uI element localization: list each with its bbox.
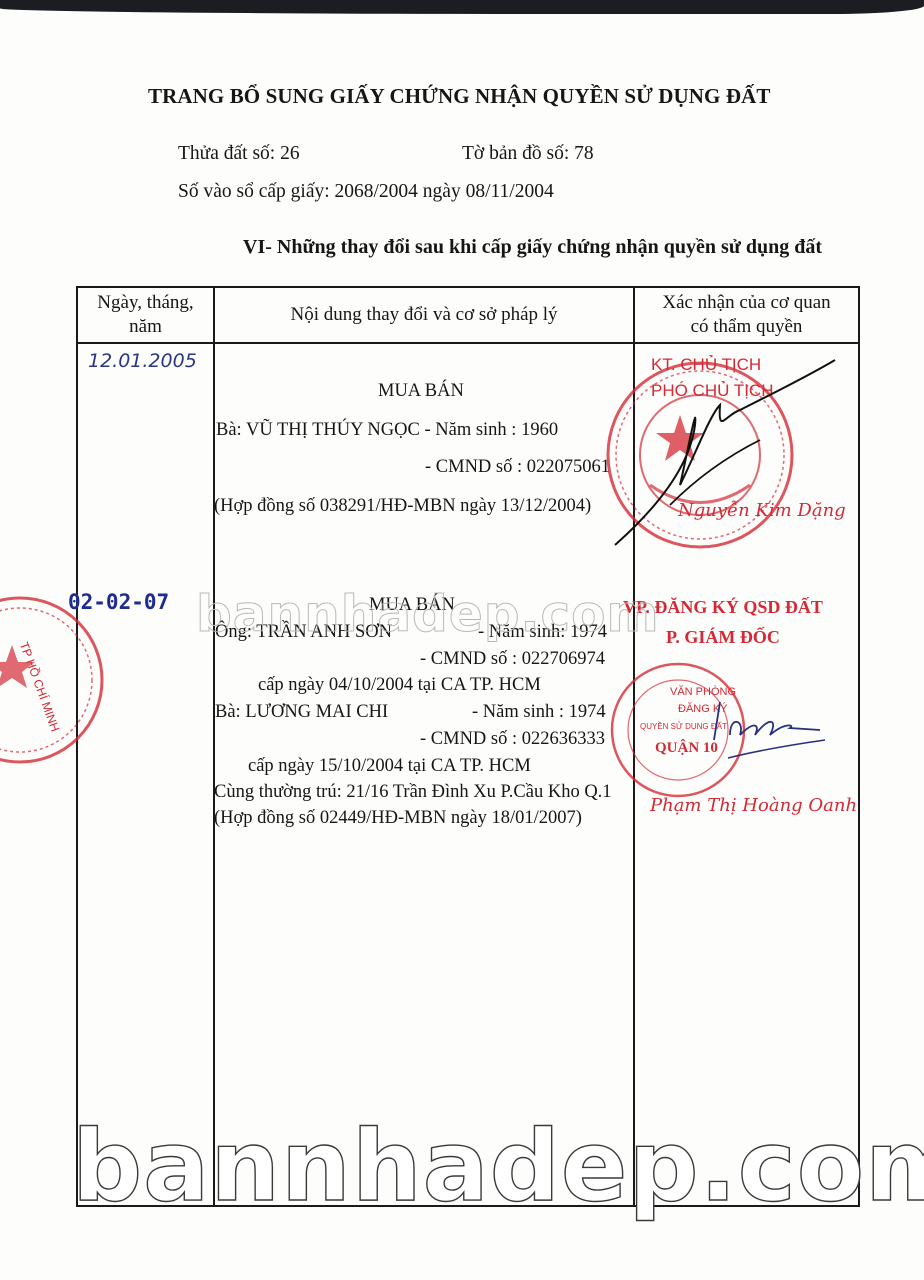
row1-line: - CMND số : 022075061 [425, 457, 610, 478]
page-title: TRANG BỔ SUNG GIẤY CHỨNG NHẬN QUYỀN SỬ D… [148, 84, 770, 109]
blue-signature-icon [700, 690, 840, 770]
row1-line: Bà: VŨ THỊ THÚY NGỌC - Năm sinh : 1960 [216, 420, 558, 441]
row2-line: cấp ngày 04/10/2004 tại CA TP. HCM [258, 675, 541, 696]
row2-line: - CMND số : 022706974 [420, 649, 605, 670]
watermark-large: bannhadep.com [72, 1118, 924, 1216]
row1-line: (Hợp đồng số 038291/HĐ-MBN ngày 13/12/20… [214, 496, 591, 517]
map-sheet-number: Tờ bản đồ số: 78 [462, 143, 594, 165]
header-content: Nội dung thay đổi và cơ sở pháp lý [215, 303, 633, 327]
parcel-number: Thửa đất số: 26 [178, 143, 300, 165]
row2-line: Cùng thường trú: 21/16 Trần Đình Xu P.Cầ… [214, 782, 612, 803]
row1-signer-name: Nguyễn Kim Dặng [678, 500, 846, 521]
row2-signer-name: Phạm Thị Hoàng Oanh [650, 795, 857, 816]
section-heading: VI- Những thay đổi sau khi cấp giấy chứn… [243, 236, 822, 259]
row2-line: - Năm sinh : 1974 [472, 702, 606, 723]
row2-line: - CMND số : 022636333 [420, 729, 605, 750]
photo-edge-band [0, 0, 924, 14]
row2-line: Bà: LƯƠNG MAI CHI [215, 702, 388, 723]
header-confirmation: Xác nhận của cơ quan có thẩm quyền [635, 291, 858, 339]
row2-confirm-subtitle: P. GIÁM ĐỐC [666, 627, 780, 648]
row2-line: (Hợp đồng số 02449/HĐ-MBN ngày 18/01/200… [214, 808, 582, 829]
row1-type: MUA BÁN [378, 381, 464, 402]
signature-icon [600, 355, 860, 555]
registry-number: Số vào sổ cấp giấy: 2068/2004 ngày 08/11… [178, 181, 554, 203]
row1-date: 12.01.2005 [88, 350, 197, 372]
header-date: Ngày, tháng, năm [78, 291, 213, 339]
watermark-small: bannhadep.com [196, 585, 660, 643]
side-stamp-icon [0, 590, 110, 770]
row2-line: cấp ngày 15/10/2004 tại CA TP. HCM [248, 756, 531, 777]
